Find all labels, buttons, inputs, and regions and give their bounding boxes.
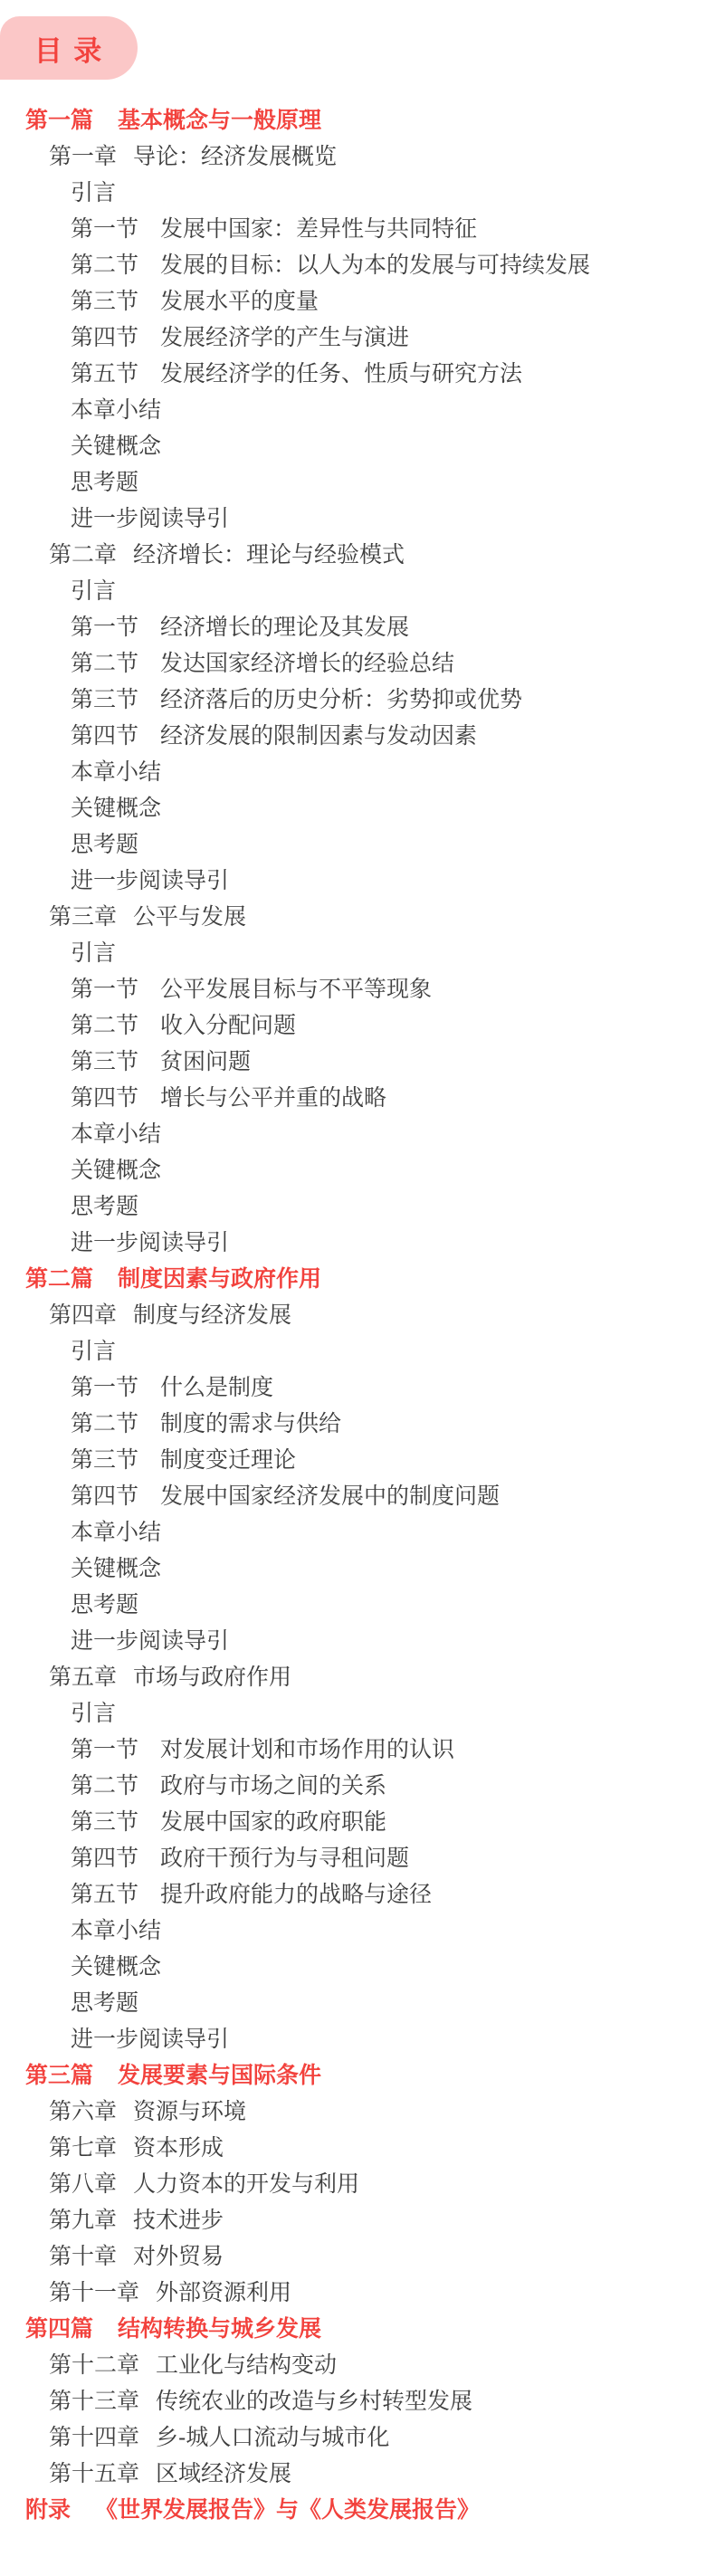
- toc-row-title: 外部资源利用: [156, 2275, 291, 2311]
- toc-row-label: 第二节: [71, 1406, 138, 1442]
- toc-page: 目 录 第一篇 基本概念与一般原理 第一章 导论：经济发展概览 引言 第一节 发…: [0, 16, 715, 2528]
- toc-row-label: 第四章: [49, 1297, 117, 1333]
- toc-row-title: 对发展计划和市场作用的认识: [160, 1732, 454, 1768]
- toc-row-item: 本章小结: [0, 1514, 715, 1550]
- toc-row-section: 第二节 政府与市场之间的关系: [0, 1768, 715, 1804]
- toc-row-item: 本章小结: [0, 754, 715, 790]
- toc-row-item: 思考题: [0, 464, 715, 501]
- toc-row-label: 第二节: [71, 1768, 138, 1804]
- toc-row-chapter: 第二章 经济增长：理论与经验模式: [0, 537, 715, 573]
- toc-row-title: 发达国家经济增长的经验总结: [160, 645, 454, 682]
- toc-row-label: 第十四章: [49, 2419, 139, 2456]
- toc-row-title: 制度的需求与供给: [160, 1406, 341, 1442]
- toc-row-section: 第一节 经济增长的理论及其发展: [0, 609, 715, 645]
- toc-row-section: 第一节 什么是制度: [0, 1369, 715, 1406]
- toc-row-title: 什么是制度: [160, 1369, 273, 1406]
- toc-row-title: 增长与公平并重的战略: [160, 1080, 386, 1116]
- toc-row-title: 发展的目标：以人为本的发展与可持续发展: [160, 247, 590, 283]
- toc-row-title: 本章小结: [71, 1116, 161, 1152]
- toc-row-label: 第五节: [71, 356, 138, 392]
- toc-row-label: 第三节: [71, 1442, 138, 1478]
- toc-row-title: 人力资本的开发与利用: [133, 2166, 359, 2202]
- toc-row-title: 本章小结: [71, 754, 161, 790]
- toc-row-section: 第四节 增长与公平并重的战略: [0, 1080, 715, 1116]
- toc-row-label: 第五章: [49, 1659, 117, 1695]
- toc-row-item: 引言: [0, 175, 715, 211]
- toc-row-title: 工业化与结构变动: [156, 2347, 337, 2383]
- toc-row-label: 第三章: [49, 899, 117, 935]
- toc-list: 第一篇 基本概念与一般原理 第一章 导论：经济发展概览 引言 第一节 发展中国家…: [0, 102, 715, 2528]
- toc-row-label: 第四节: [71, 1478, 138, 1514]
- toc-row-label: 第一节: [71, 609, 138, 645]
- toc-row-title: 结构转换与城乡发展: [118, 2311, 321, 2347]
- toc-row-title: 思考题: [71, 1587, 138, 1623]
- toc-row-section: 第四节 发展经济学的产生与演进: [0, 320, 715, 356]
- toc-row-item: 引言: [0, 935, 715, 971]
- toc-row-title: 发展中国家的政府职能: [160, 1804, 386, 1840]
- toc-row-label: 第一节: [71, 1369, 138, 1406]
- toc-row-part: 第一篇 基本概念与一般原理: [0, 102, 715, 138]
- toc-row-part: 第三篇 发展要素与国际条件: [0, 2057, 715, 2094]
- toc-row-title: 发展经济学的任务、性质与研究方法: [160, 356, 522, 392]
- toc-row-title: 经济增长的理论及其发展: [160, 609, 409, 645]
- toc-row-title: 发展要素与国际条件: [118, 2057, 321, 2094]
- toc-row-title: 进一步阅读导引: [71, 2021, 229, 2057]
- toc-row-title: 进一步阅读导引: [71, 1623, 229, 1659]
- toc-title-badge: 目 录: [0, 16, 138, 80]
- toc-row-label: 第二篇: [25, 1261, 93, 1297]
- toc-row-title: 对外贸易: [133, 2238, 224, 2275]
- toc-row-title: 经济发展的限制因素与发动因素: [160, 718, 477, 754]
- toc-row-title: 导论：经济发展概览: [133, 138, 337, 175]
- toc-row-part: 第二篇 制度因素与政府作用: [0, 1261, 715, 1297]
- toc-row-section: 第一节 发展中国家：差异性与共同特征: [0, 211, 715, 247]
- toc-row-item: 关键概念: [0, 1550, 715, 1587]
- toc-row-section: 第二节 制度的需求与供给: [0, 1406, 715, 1442]
- toc-row-title: 引言: [71, 1333, 116, 1369]
- toc-row-section: 第四节 经济发展的限制因素与发动因素: [0, 718, 715, 754]
- toc-row-title: 经济落后的历史分析：劣势抑或优势: [160, 682, 522, 718]
- toc-row-title: 关键概念: [71, 1152, 161, 1188]
- toc-row-label: 第三节: [71, 1804, 138, 1840]
- toc-row-chapter: 第十二章 工业化与结构变动: [0, 2347, 715, 2383]
- toc-row-title: 引言: [71, 1695, 116, 1732]
- toc-row-label: 第一篇: [25, 102, 93, 138]
- toc-row-title: 引言: [71, 935, 116, 971]
- toc-row-title: 技术进步: [133, 2202, 224, 2238]
- toc-row-item: 进一步阅读导引: [0, 1225, 715, 1261]
- toc-row-item: 进一步阅读导引: [0, 863, 715, 899]
- toc-row-title: 《世界发展报告》与《人类发展报告》: [95, 2492, 480, 2528]
- toc-row-title: 公平发展目标与不平等现象: [160, 971, 432, 1007]
- toc-row-label: 第四篇: [25, 2311, 93, 2347]
- toc-row-title: 政府与市场之间的关系: [160, 1768, 386, 1804]
- toc-row-chapter: 第五章 市场与政府作用: [0, 1659, 715, 1695]
- toc-row-title: 贫困问题: [160, 1044, 251, 1080]
- toc-row-title: 发展经济学的产生与演进: [160, 320, 409, 356]
- toc-row-chapter: 第八章 人力资本的开发与利用: [0, 2166, 715, 2202]
- toc-row-title: 公平与发展: [133, 899, 246, 935]
- toc-row-title: 基本概念与一般原理: [118, 102, 321, 138]
- toc-row-title: 引言: [71, 175, 116, 211]
- toc-row-chapter: 第十五章 区域经济发展: [0, 2456, 715, 2492]
- toc-row-label: 第三节: [71, 1044, 138, 1080]
- toc-row-item: 引言: [0, 573, 715, 609]
- toc-row-title: 制度变迁理论: [160, 1442, 296, 1478]
- toc-row-title: 思考题: [71, 826, 138, 863]
- toc-row-label: 第四节: [71, 1840, 138, 1876]
- toc-row-label: 第三节: [71, 283, 138, 320]
- toc-row-label: 第三节: [71, 682, 138, 718]
- toc-row-title: 收入分配问题: [160, 1007, 296, 1044]
- toc-row-item: 本章小结: [0, 1116, 715, 1152]
- toc-row-section: 第三节 发展中国家的政府职能: [0, 1804, 715, 1840]
- toc-row-label: 第十章: [49, 2238, 117, 2275]
- toc-row-label: 第五节: [71, 1876, 138, 1913]
- toc-row-label: 第八章: [49, 2166, 117, 2202]
- toc-row-title: 关键概念: [71, 790, 161, 826]
- toc-row-section: 第四节 发展中国家经济发展中的制度问题: [0, 1478, 715, 1514]
- toc-row-section: 第四节 政府干预行为与寻租问题: [0, 1840, 715, 1876]
- toc-row-section: 第二节 发展的目标：以人为本的发展与可持续发展: [0, 247, 715, 283]
- toc-row-title: 本章小结: [71, 1913, 161, 1949]
- toc-row-title: 关键概念: [71, 428, 161, 464]
- toc-row-chapter: 第一章 导论：经济发展概览: [0, 138, 715, 175]
- toc-row-part: 第四篇 结构转换与城乡发展: [0, 2311, 715, 2347]
- toc-row-item: 进一步阅读导引: [0, 2021, 715, 2057]
- toc-row-label: 第一节: [71, 1732, 138, 1768]
- toc-row-section: 第三节 制度变迁理论: [0, 1442, 715, 1478]
- toc-row-chapter: 第十一章 外部资源利用: [0, 2275, 715, 2311]
- toc-row-section: 第二节 发达国家经济增长的经验总结: [0, 645, 715, 682]
- toc-row-title: 发展水平的度量: [160, 283, 319, 320]
- toc-row-label: 第四节: [71, 718, 138, 754]
- toc-row-title: 进一步阅读导引: [71, 863, 229, 899]
- toc-row-title: 思考题: [71, 464, 138, 501]
- toc-row-label: 第一节: [71, 971, 138, 1007]
- toc-row-item: 关键概念: [0, 1152, 715, 1188]
- toc-row-label: 第十三章: [49, 2383, 139, 2419]
- toc-row-item: 思考题: [0, 1188, 715, 1225]
- toc-row-label: 第十五章: [49, 2456, 139, 2492]
- toc-row-chapter: 第十四章 乡-城人口流动与城市化: [0, 2419, 715, 2456]
- toc-row-label: 第三篇: [25, 2057, 93, 2094]
- toc-row-label: 第二节: [71, 1007, 138, 1044]
- toc-row-title: 经济增长：理论与经验模式: [133, 537, 405, 573]
- toc-row-section: 第三节 贫困问题: [0, 1044, 715, 1080]
- toc-row-chapter: 第四章 制度与经济发展: [0, 1297, 715, 1333]
- toc-row-title: 资源与环境: [133, 2094, 246, 2130]
- toc-row-label: 第六章: [49, 2094, 117, 2130]
- toc-row-item: 本章小结: [0, 1913, 715, 1949]
- toc-row-item: 进一步阅读导引: [0, 1623, 715, 1659]
- toc-row-item: 关键概念: [0, 790, 715, 826]
- toc-row-chapter: 第七章 资本形成: [0, 2130, 715, 2166]
- toc-row-item: 关键概念: [0, 428, 715, 464]
- toc-row-title: 政府干预行为与寻租问题: [160, 1840, 409, 1876]
- toc-row-item: 思考题: [0, 1985, 715, 2021]
- toc-row-title: 市场与政府作用: [133, 1659, 291, 1695]
- toc-row-section: 第五节 发展经济学的任务、性质与研究方法: [0, 356, 715, 392]
- toc-row-title: 传统农业的改造与乡村转型发展: [156, 2383, 472, 2419]
- toc-row-section: 第一节 公平发展目标与不平等现象: [0, 971, 715, 1007]
- toc-row-title: 关键概念: [71, 1949, 161, 1985]
- toc-row-title: 资本形成: [133, 2130, 224, 2166]
- toc-row-title: 本章小结: [71, 1514, 161, 1550]
- toc-row-label: 第四节: [71, 320, 138, 356]
- toc-title: 目 录: [34, 28, 104, 69]
- toc-row-label: 第二节: [71, 247, 138, 283]
- toc-row-label: 第十一章: [49, 2275, 139, 2311]
- toc-row-chapter: 第十章 对外贸易: [0, 2238, 715, 2275]
- toc-row-title: 提升政府能力的战略与途径: [160, 1876, 432, 1913]
- toc-row-title: 本章小结: [71, 392, 161, 428]
- toc-row-title: 进一步阅读导引: [71, 1225, 229, 1261]
- toc-row-item: 思考题: [0, 826, 715, 863]
- toc-row-title: 制度因素与政府作用: [118, 1261, 321, 1297]
- toc-row-item: 关键概念: [0, 1949, 715, 1985]
- toc-row-item: 进一步阅读导引: [0, 501, 715, 537]
- toc-row-title: 区域经济发展: [156, 2456, 291, 2492]
- toc-row-title: 进一步阅读导引: [71, 501, 229, 537]
- toc-row-label: 第七章: [49, 2130, 117, 2166]
- toc-row-section: 第三节 经济落后的历史分析：劣势抑或优势: [0, 682, 715, 718]
- toc-row-title: 引言: [71, 573, 116, 609]
- toc-row-title: 发展中国家：差异性与共同特征: [160, 211, 477, 247]
- toc-row-title: 制度与经济发展: [133, 1297, 291, 1333]
- toc-row-chapter: 第九章 技术进步: [0, 2202, 715, 2238]
- toc-row-title: 思考题: [71, 1985, 138, 2021]
- toc-row-label: 附录: [25, 2492, 71, 2528]
- toc-row-chapter: 第十三章 传统农业的改造与乡村转型发展: [0, 2383, 715, 2419]
- toc-row-section: 第三节 发展水平的度量: [0, 283, 715, 320]
- toc-row-label: 第二节: [71, 645, 138, 682]
- toc-row-label: 第一章: [49, 138, 117, 175]
- toc-row-label: 第二章: [49, 537, 117, 573]
- toc-row-label: 第九章: [49, 2202, 117, 2238]
- toc-row-title: 乡-城人口流动与城市化: [156, 2419, 389, 2456]
- toc-row-item: 本章小结: [0, 392, 715, 428]
- toc-row-chapter: 第六章 资源与环境: [0, 2094, 715, 2130]
- toc-row-item: 思考题: [0, 1587, 715, 1623]
- toc-row-item: 引言: [0, 1333, 715, 1369]
- toc-row-label: 第十二章: [49, 2347, 139, 2383]
- toc-row-title: 发展中国家经济发展中的制度问题: [160, 1478, 500, 1514]
- toc-row-section: 第二节 收入分配问题: [0, 1007, 715, 1044]
- toc-row-chapter: 第三章 公平与发展: [0, 899, 715, 935]
- toc-row-section: 第一节 对发展计划和市场作用的认识: [0, 1732, 715, 1768]
- toc-row-title: 关键概念: [71, 1550, 161, 1587]
- toc-row-section: 第五节 提升政府能力的战略与途径: [0, 1876, 715, 1913]
- toc-row-part: 附录 《世界发展报告》与《人类发展报告》: [0, 2492, 715, 2528]
- toc-row-label: 第一节: [71, 211, 138, 247]
- toc-row-title: 思考题: [71, 1188, 138, 1225]
- toc-row-label: 第四节: [71, 1080, 138, 1116]
- toc-row-item: 引言: [0, 1695, 715, 1732]
